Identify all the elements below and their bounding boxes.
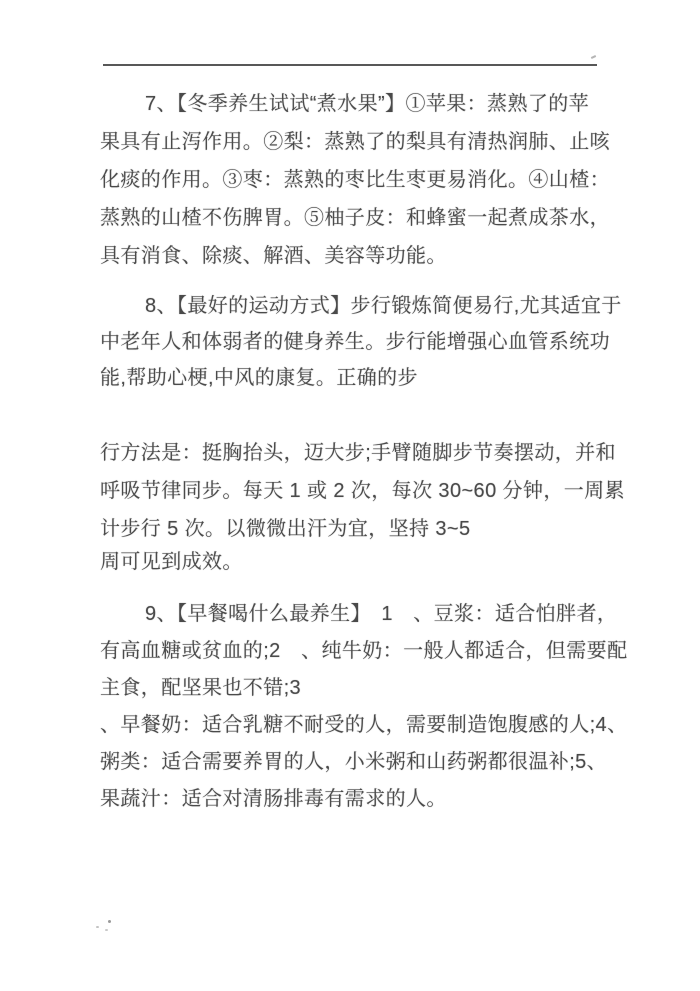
text-line: 能,帮助心梗,中风的康复。正确的步 — [100, 360, 605, 396]
text-line: 主食，配坚果也不错;3 — [100, 670, 605, 707]
text-line: 具有消食、除痰、解酒、美容等功能。 — [100, 237, 605, 275]
paragraph-item-8-part2: 行方法是：挺胸抬头，迈大步;手臂随脚步节奏摆动，并和 呼吸节律同步。每天 1 或… — [100, 434, 605, 581]
text-line: 周可见到成效。 — [100, 543, 605, 581]
paragraph-item-8-part1: 8、【最好的运动方式】步行锻炼简便易行,尤其适宜于 中老年人和体弱者的健身养生。… — [100, 288, 605, 396]
header-rule — [103, 64, 597, 66]
scan-speckle — [96, 926, 99, 928]
text-line: 、早餐奶：适合乳糖不耐受的人，需要制造饱腹感的人;4、 — [100, 707, 605, 744]
document-page: 7、【冬季养生试试“煮水果”】①苹果：蒸熟了的苹 果具有止泻作用。②梨：蒸熟了的… — [0, 0, 700, 991]
text-line: 果具有止泻作用。②梨：蒸熟了的梨具有清热润肺、止咳 — [100, 123, 605, 161]
scan-speckle — [591, 55, 596, 59]
text-line: 果蔬汁：适合对清肠排毒有需求的人。 — [100, 781, 605, 818]
paragraph-item-7: 7、【冬季养生试试“煮水果”】①苹果：蒸熟了的苹 果具有止泻作用。②梨：蒸熟了的… — [100, 85, 605, 275]
text-line: 有高血糖或贫血的;2 、纯牛奶：一般人都适合，但需要配 — [100, 633, 605, 670]
text-line: 蒸熟的山楂不伤脾胃。⑤柚子皮：和蜂蜜一起煮成茶水， — [100, 199, 605, 237]
text-line: 7、【冬季养生试试“煮水果”】①苹果：蒸熟了的苹 — [100, 85, 605, 123]
text-line: 9、【早餐喝什么最养生】 1 、豆浆：适合怕胖者， — [100, 596, 605, 633]
text-line: 8、【最好的运动方式】步行锻炼简便易行,尤其适宜于 — [100, 288, 605, 324]
scan-speckle — [108, 920, 111, 923]
text-line: 中老年人和体弱者的健身养生。步行能增强心血管系统功 — [100, 324, 605, 360]
text-line: 行方法是：挺胸抬头，迈大步;手臂随脚步节奏摆动，并和 — [100, 434, 605, 472]
text-line: 化痰的作用。③枣：蒸熟的枣比生枣更易消化。④山楂： — [100, 161, 605, 199]
paragraph-item-9: 9、【早餐喝什么最养生】 1 、豆浆：适合怕胖者， 有高血糖或贫血的;2 、纯牛… — [100, 596, 605, 818]
scan-speckle — [105, 929, 108, 931]
text-line: 粥类：适合需要养胃的人，小米粥和山药粥都很温补;5、 — [100, 744, 605, 781]
text-line: 呼吸节律同步。每天 1 或 2 次，每次 30~60 分钟，一周累 — [100, 472, 605, 510]
